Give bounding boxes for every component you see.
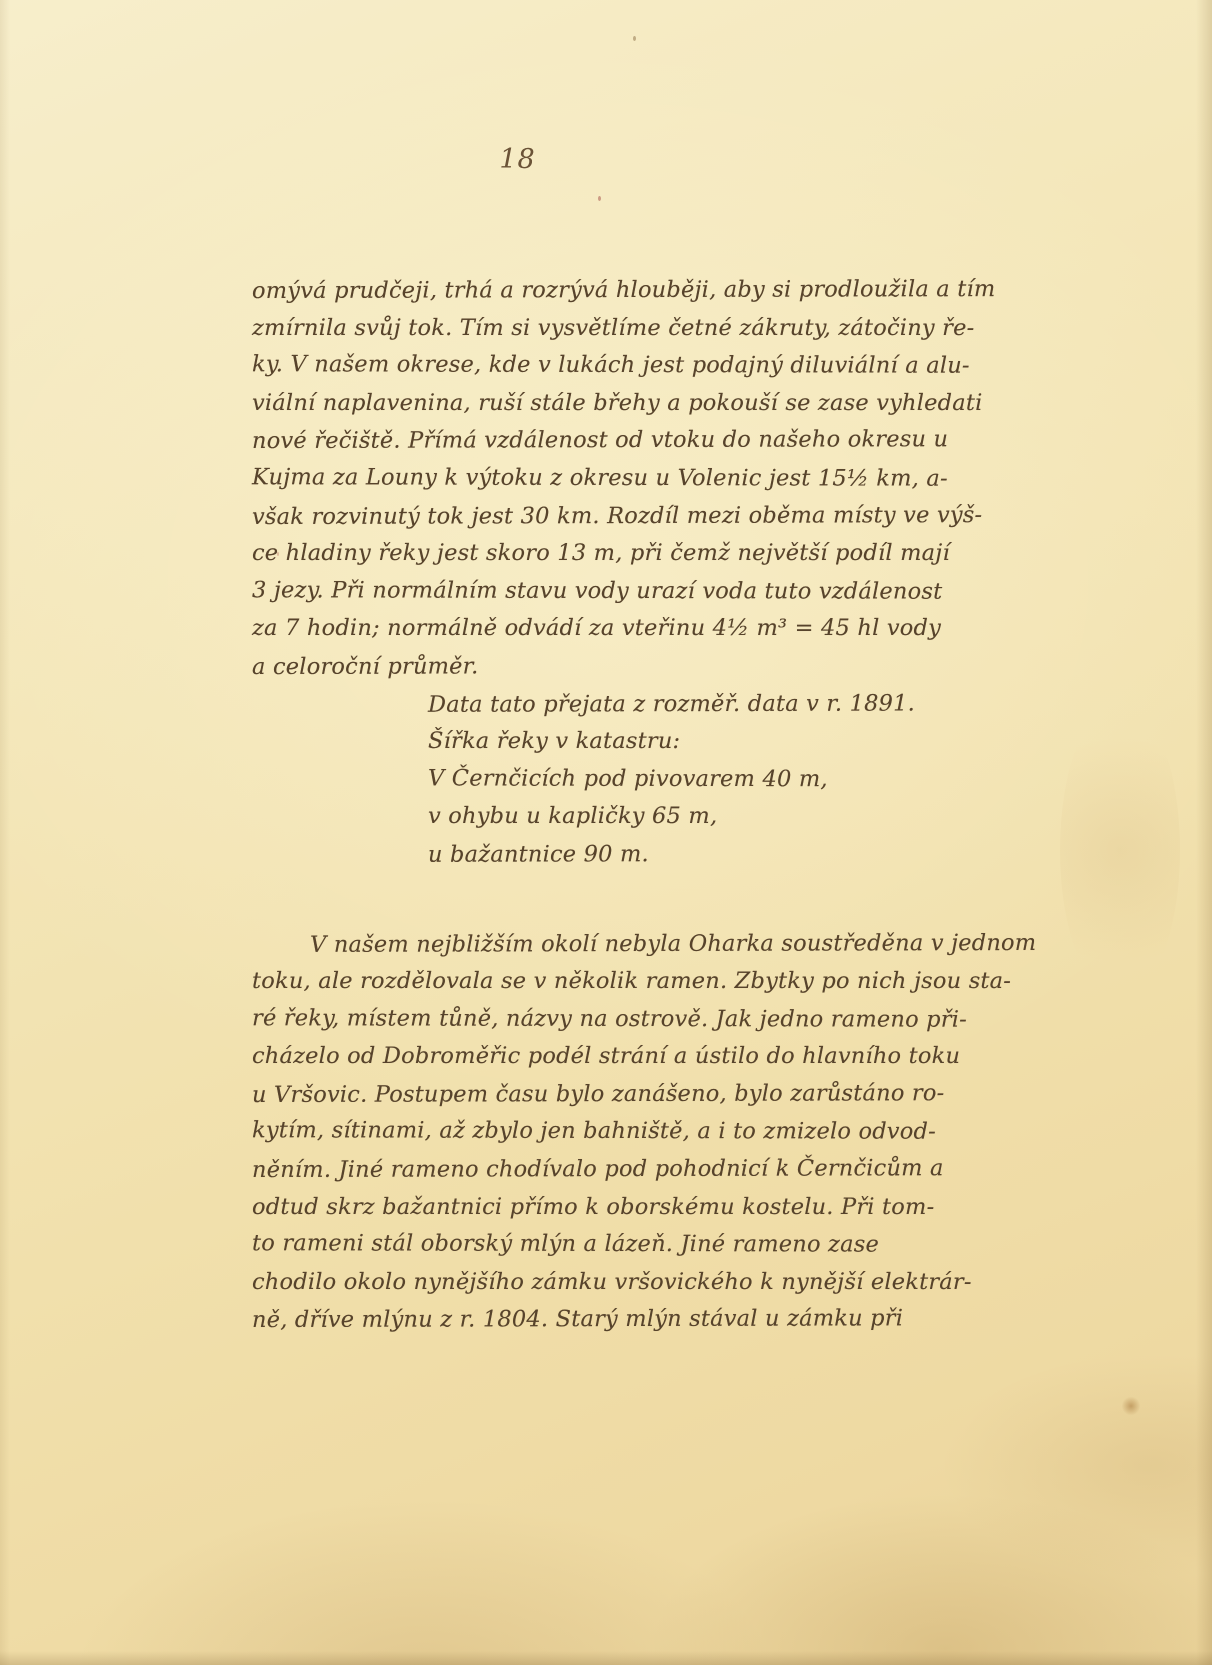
handwritten-line: a celoroční průměr. bbox=[252, 647, 1020, 687]
ink-speck bbox=[633, 36, 636, 41]
paragraph-river-flow: omývá prudčeji, trhá a rozrývá hlouběji,… bbox=[252, 272, 1020, 686]
paper-stain-spot bbox=[1122, 1396, 1140, 1416]
ink-speck bbox=[598, 196, 601, 201]
handwritten-line: chodilo okolo nynějšího zámku vršovickéh… bbox=[252, 1264, 1020, 1302]
handwritten-line: Kujma za Louny k výtoku z okresu u Volen… bbox=[252, 459, 1020, 498]
paragraph-river-branches: V našem nejbližším okolí nebyla Oharka s… bbox=[252, 926, 1020, 1340]
handwritten-line: v ohybu u kapličky 65 m, bbox=[428, 798, 1020, 836]
handwritten-line: kytím, sítinami, až zbylo jen bahniště, … bbox=[252, 1113, 1020, 1152]
handwritten-line: u Vršovic. Postupem času bylo zanášeno, … bbox=[252, 1075, 1020, 1115]
handwritten-line: Šířka řeky v katastru: bbox=[428, 723, 1020, 761]
handwritten-line: 3 jezy. Při normálním stavu vody urazí v… bbox=[252, 572, 1020, 611]
handwritten-line: to rameni stál oborský mlýn a lázeň. Jin… bbox=[252, 1225, 1020, 1264]
handwritten-line: ce hladiny řeky jest skoro 13 m, při čem… bbox=[252, 535, 1020, 573]
manuscript-text-column: omývá prudčeji, trhá a rozrývá hlouběji,… bbox=[252, 272, 1020, 1339]
handwritten-line: odtud skrz bažantnici přímo k oborskému … bbox=[252, 1189, 1020, 1227]
handwritten-line: u bažantnice 90 m. bbox=[428, 835, 1020, 874]
handwritten-line: V našem nejbližším okolí nebyla Oharka s… bbox=[252, 924, 1020, 964]
handwritten-line: omývá prudčeji, trhá a rozrývá hlouběji,… bbox=[252, 271, 1020, 311]
handwritten-line: Data tato přejata z rozměř. data v r. 18… bbox=[428, 685, 1020, 724]
handwritten-line: viální naplavenina, ruší stále břehy a p… bbox=[252, 385, 1020, 423]
handwritten-line: však rozvinutý tok jest 30 km. Rozdíl me… bbox=[252, 497, 1020, 537]
handwritten-line: nové řečiště. Přímá vzdálenost od vtoku … bbox=[252, 421, 1020, 461]
page-edge-left bbox=[0, 0, 10, 1665]
page-edge-bottom bbox=[0, 1651, 1212, 1665]
handwritten-line: toku, ale rozdělovala se v několik ramen… bbox=[252, 963, 1020, 1001]
handwritten-line: za 7 hodin; normálně odvádí za vteřinu 4… bbox=[252, 610, 1020, 648]
handwritten-line: něním. Jiné rameno chodívalo pod pohodni… bbox=[252, 1150, 1020, 1190]
handwritten-line: V Černčicích pod pivovarem 40 m, bbox=[428, 760, 1020, 799]
page-edge-right bbox=[1196, 0, 1212, 1665]
handwritten-line: cházelo od Dobroměřic podél strání a úst… bbox=[252, 1038, 1020, 1076]
handwritten-line: ré řeky, místem tůně, názvy na ostrově. … bbox=[252, 1000, 1020, 1039]
paper-stain bbox=[1060, 700, 1180, 1000]
handwritten-line: ně, dříve mlýnu z r. 1804. Starý mlýn st… bbox=[252, 1300, 1020, 1340]
handwritten-line: ky. V našem okrese, kde v lukách jest po… bbox=[252, 346, 1020, 385]
river-width-data-block: Data tato přejata z rozměř. data v r. 18… bbox=[252, 686, 1020, 874]
handwritten-line: zmírnila svůj tok. Tím si vysvětlíme čet… bbox=[252, 310, 1020, 348]
page-number: 18 bbox=[0, 144, 1035, 175]
